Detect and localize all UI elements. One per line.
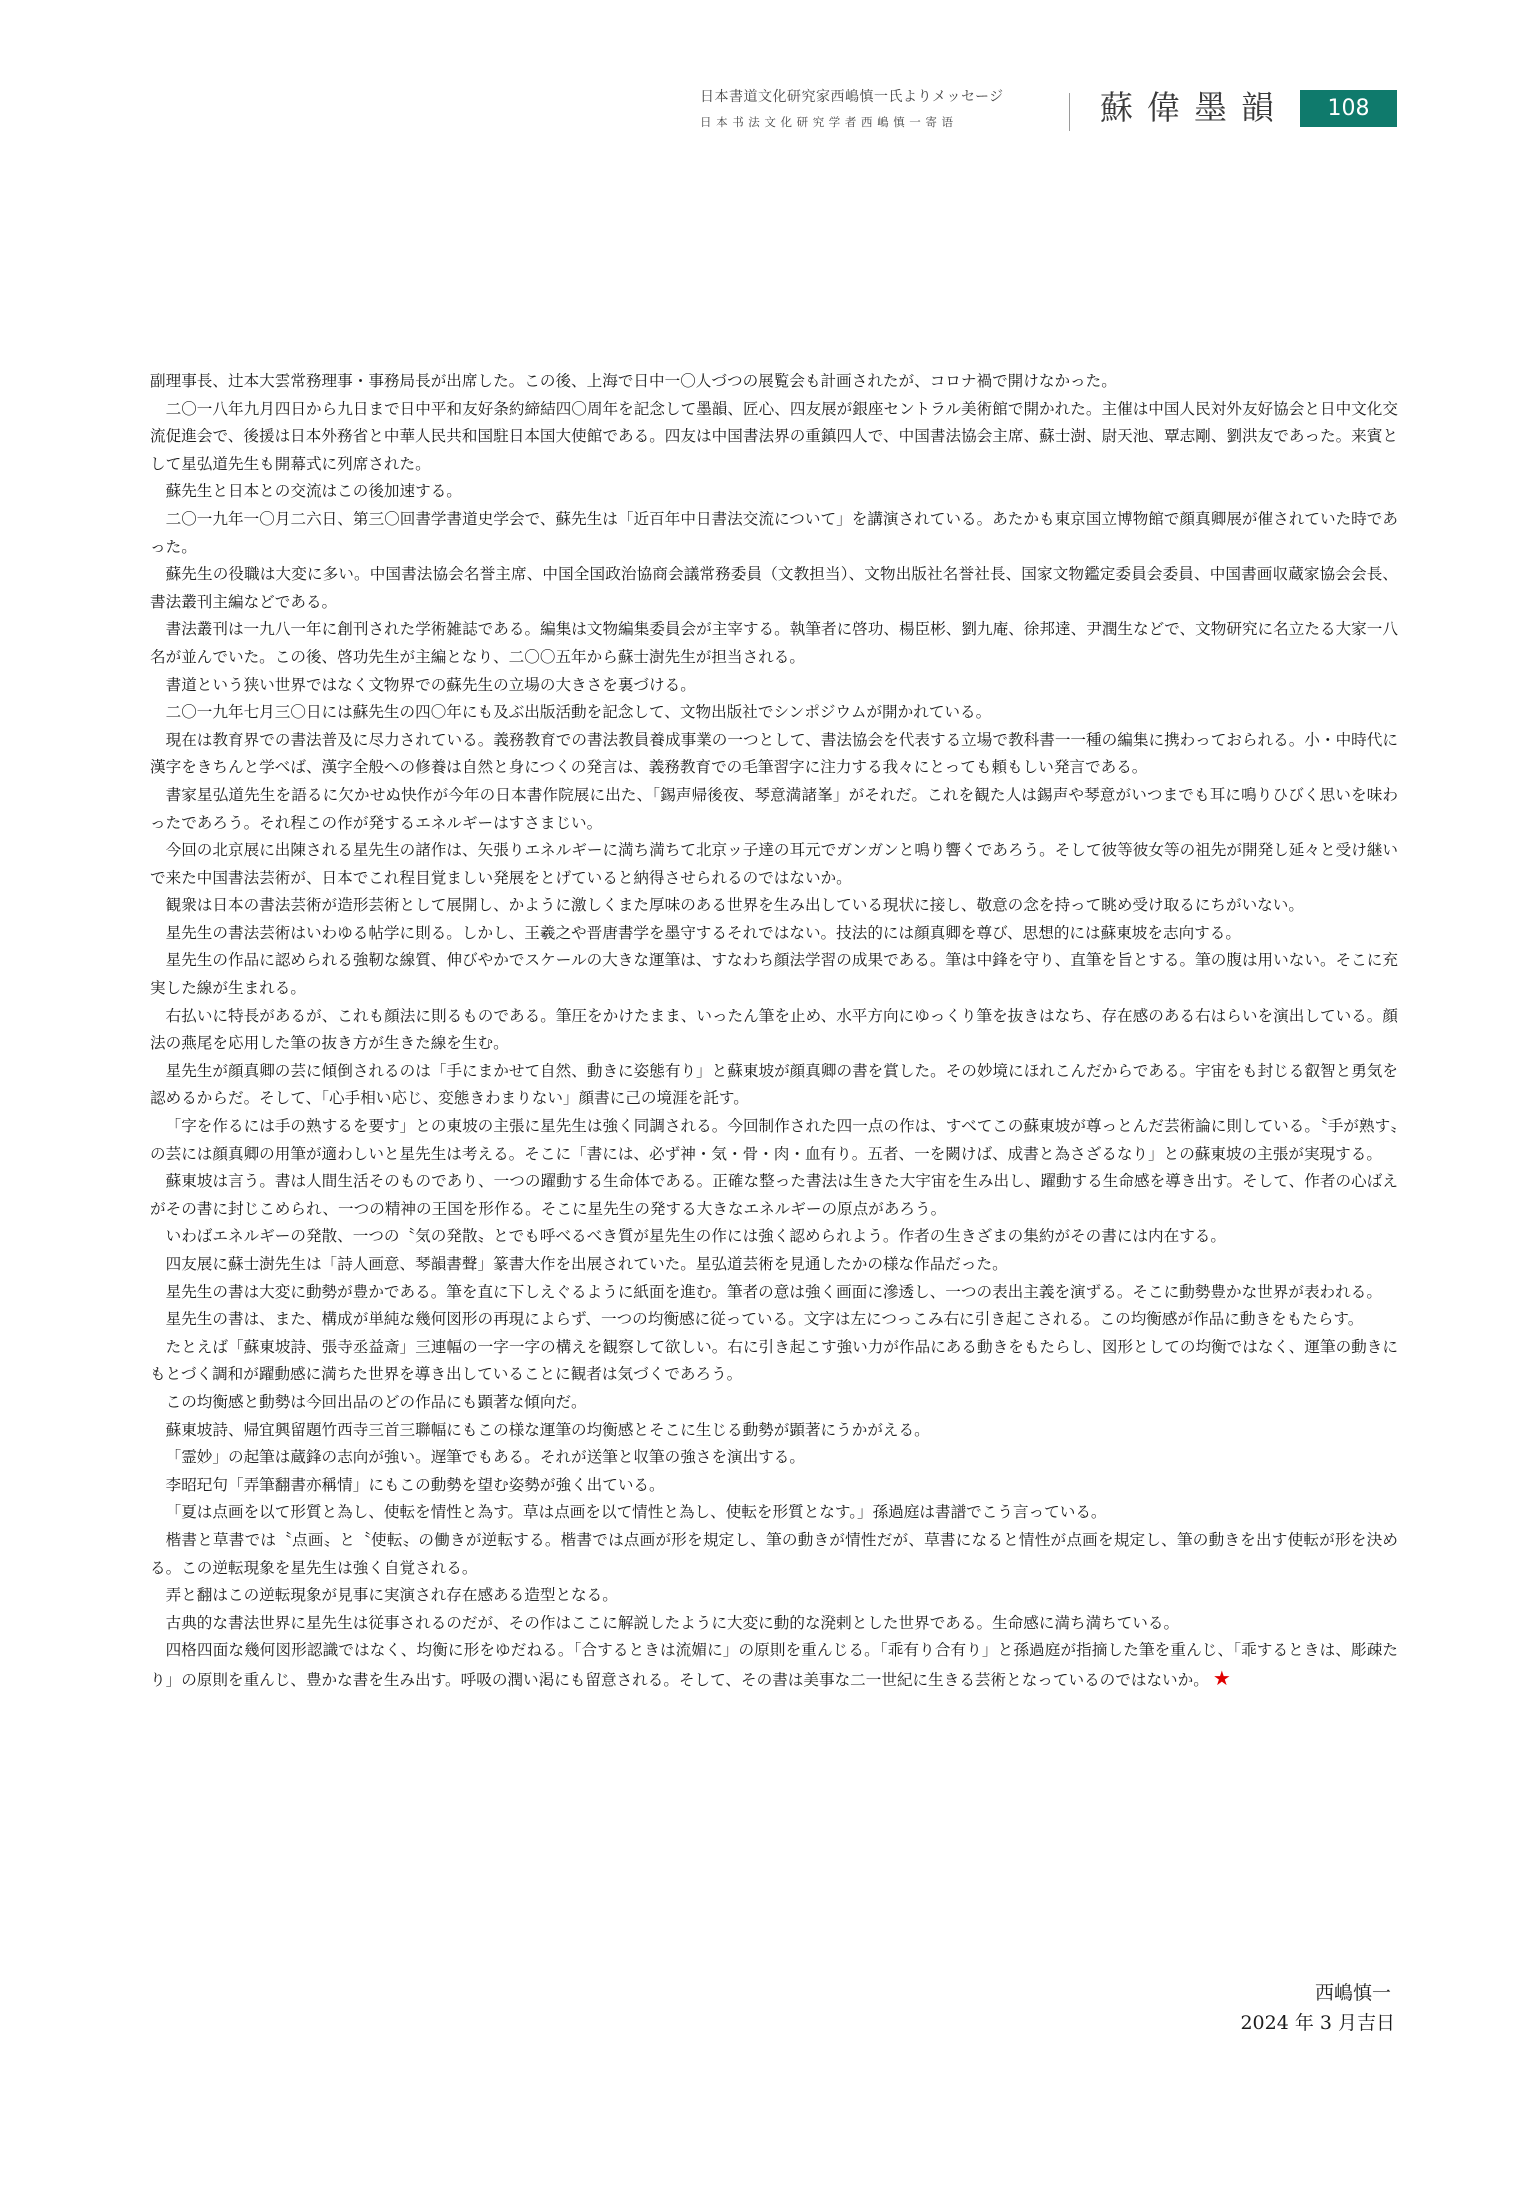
header-title-jp: 日本書道文化研究家西嶋慎一氏よりメッセージ [700,86,1020,106]
paragraph: 星先生の書は大変に動勢が豊かである。筆を直に下しえぐるように紙面を進む。筆者の意… [150,1279,1398,1307]
paragraph: 星先生の書は、また、構成が単純な幾何図形の再現によらず、一つの均衡感に従っている… [150,1306,1398,1334]
seal-script-logo: 蘇偉墨韻 [1100,86,1288,130]
paragraph: 蘇東坡は言う。書は人間生活そのものであり、一つの躍動する生命体である。正確な整っ… [150,1168,1398,1223]
paragraph: 李昭玘句「弄筆翻書亦稱情」にもこの動勢を望む姿勢が強く出ている。 [150,1472,1398,1500]
paragraph: 「夏は点画を以て形質と為し、使転を情性と為す。草は点画を以て情性と為し、使転を形… [150,1499,1398,1527]
page-number-badge: 108 [1300,90,1397,127]
paragraph: 蘇先生の役職は大変に多い。中国書法協会名誉主席、中国全国政治協商会議常務委員（文… [150,561,1398,616]
page-header: 日本書道文化研究家西嶋慎一氏よりメッセージ 日本书法文化研究学者西嶋慎一寄语 蘇… [700,86,1400,136]
paragraph: 四友展に蘇士澍先生は「詩人画意、琴韻書聲」篆書大作を出展されていた。星弘道芸術を… [150,1251,1398,1279]
header-divider [1069,93,1070,131]
paragraph: 書法叢刊は一九八一年に創刊された学術雑誌である。編集は文物編集委員会が主宰する。… [150,616,1398,671]
paragraph: 書家星弘道先生を語るに欠かせぬ快作が今年の日本書作院展に出た、「錫声帰後夜、琴意… [150,782,1398,837]
paragraph: 古典的な書法世界に星先生は従事されるのだが、その作はここに解説したように大変に動… [150,1610,1398,1638]
paragraph: 「霊妙」の起筆は蔵鋒の志向が強い。遅筆でもある。それが送筆と収筆の強さを演出する… [150,1444,1398,1472]
paragraph: 書道という狭い世界ではなく文物界での蘇先生の立場の大きさを裏づける。 [150,672,1398,700]
paragraph: 四格四面な幾何図形認識ではなく、均衡に形をゆだねる。「合するときは流媚に」の原則… [150,1637,1398,1694]
paragraph: 二〇一九年一〇月二六日、第三〇回書学書道史学会で、蘇先生は「近百年中日書法交流に… [150,506,1398,561]
paragraph: 副理事長、辻本大雲常務理事・事務局長が出席した。この後、上海で日中一〇人づつの展… [150,368,1398,396]
paragraph: 星先生が顔真卿の芸に傾倒されるのは「手にまかせて自然、動きに姿態有り」と蘇東坡が… [150,1058,1398,1113]
paragraph: 現在は教育界での書法普及に尽力されている。義務教育での書法教員養成事業の一つとし… [150,727,1398,782]
paragraph: 二〇一九年七月三〇日には蘇先生の四〇年にも及ぶ出版活動を記念して、文物出版社でシ… [150,699,1398,727]
paragraph: 蘇東坡詩、帰宜興留題竹西寺三首三聯幅にもこの様な運筆の均衡感とそこに生じる動勢が… [150,1417,1398,1445]
paragraph: たとえば「蘇東坡詩、張寺丞益斎」三連幅の一字一字の構えを観察して欲しい。右に引き… [150,1334,1398,1389]
header-title-cn: 日本书法文化研究学者西嶋慎一寄语 [700,114,1020,130]
header-titles: 日本書道文化研究家西嶋慎一氏よりメッセージ 日本书法文化研究学者西嶋慎一寄语 [700,86,1020,130]
paragraph: 右払いに特長があるが、これも顔法に則るものである。筆圧をかけたまま、いったん筆を… [150,1003,1398,1058]
paragraph: 星先生の書法芸術はいわゆる帖学に則る。しかし、王羲之や晋唐書学を墨守するそれでは… [150,920,1398,948]
article-body: 副理事長、辻本大雲常務理事・事務局長が出席した。この後、上海で日中一〇人づつの展… [150,368,1398,1695]
star-icon: ★ [1213,1666,1231,1690]
paragraph: 今回の北京展に出陳される星先生の諸作は、矢張りエネルギーに満ち満ちて北京ッ子達の… [150,837,1398,892]
paragraph: 弄と翻はこの逆転現象が見事に実演され存在感ある造型となる。 [150,1582,1398,1610]
paragraph: この均衡感と動勢は今回出品のどの作品にも顕著な傾向だ。 [150,1389,1398,1417]
signature-block: 西嶋慎一 2024 年 3 月吉日 [1240,1978,1395,2038]
paragraph: いわばエネルギーの発散、一つの〝気の発散〟とでも呼べるべき質が星先生の作には強く… [150,1223,1398,1251]
paragraph: 星先生の作品に認められる強靭な線質、伸びやかでスケールの大きな運筆は、すなわち顔… [150,947,1398,1002]
paragraph: 観衆は日本の書法芸術が造形芸術として展開し、かように激しくまた厚味のある世界を生… [150,892,1398,920]
paragraph: 蘇先生と日本との交流はこの後加速する。 [150,478,1398,506]
paragraph: 「字を作るには手の熟するを要す」との東坡の主張に星先生は強く同調される。今回制作… [150,1113,1398,1168]
paragraph: 楷書と草書では〝点画〟と〝使転〟の働きが逆転する。楷書では点画が形を規定し、筆の… [150,1527,1398,1582]
signature-date: 2024 年 3 月吉日 [1240,2008,1395,2038]
author-name: 西嶋慎一 [1240,1978,1395,2008]
paragraph: 二〇一八年九月四日から九日まで日中平和友好条約締結四〇周年を記念して墨韻、匠心、… [150,396,1398,479]
